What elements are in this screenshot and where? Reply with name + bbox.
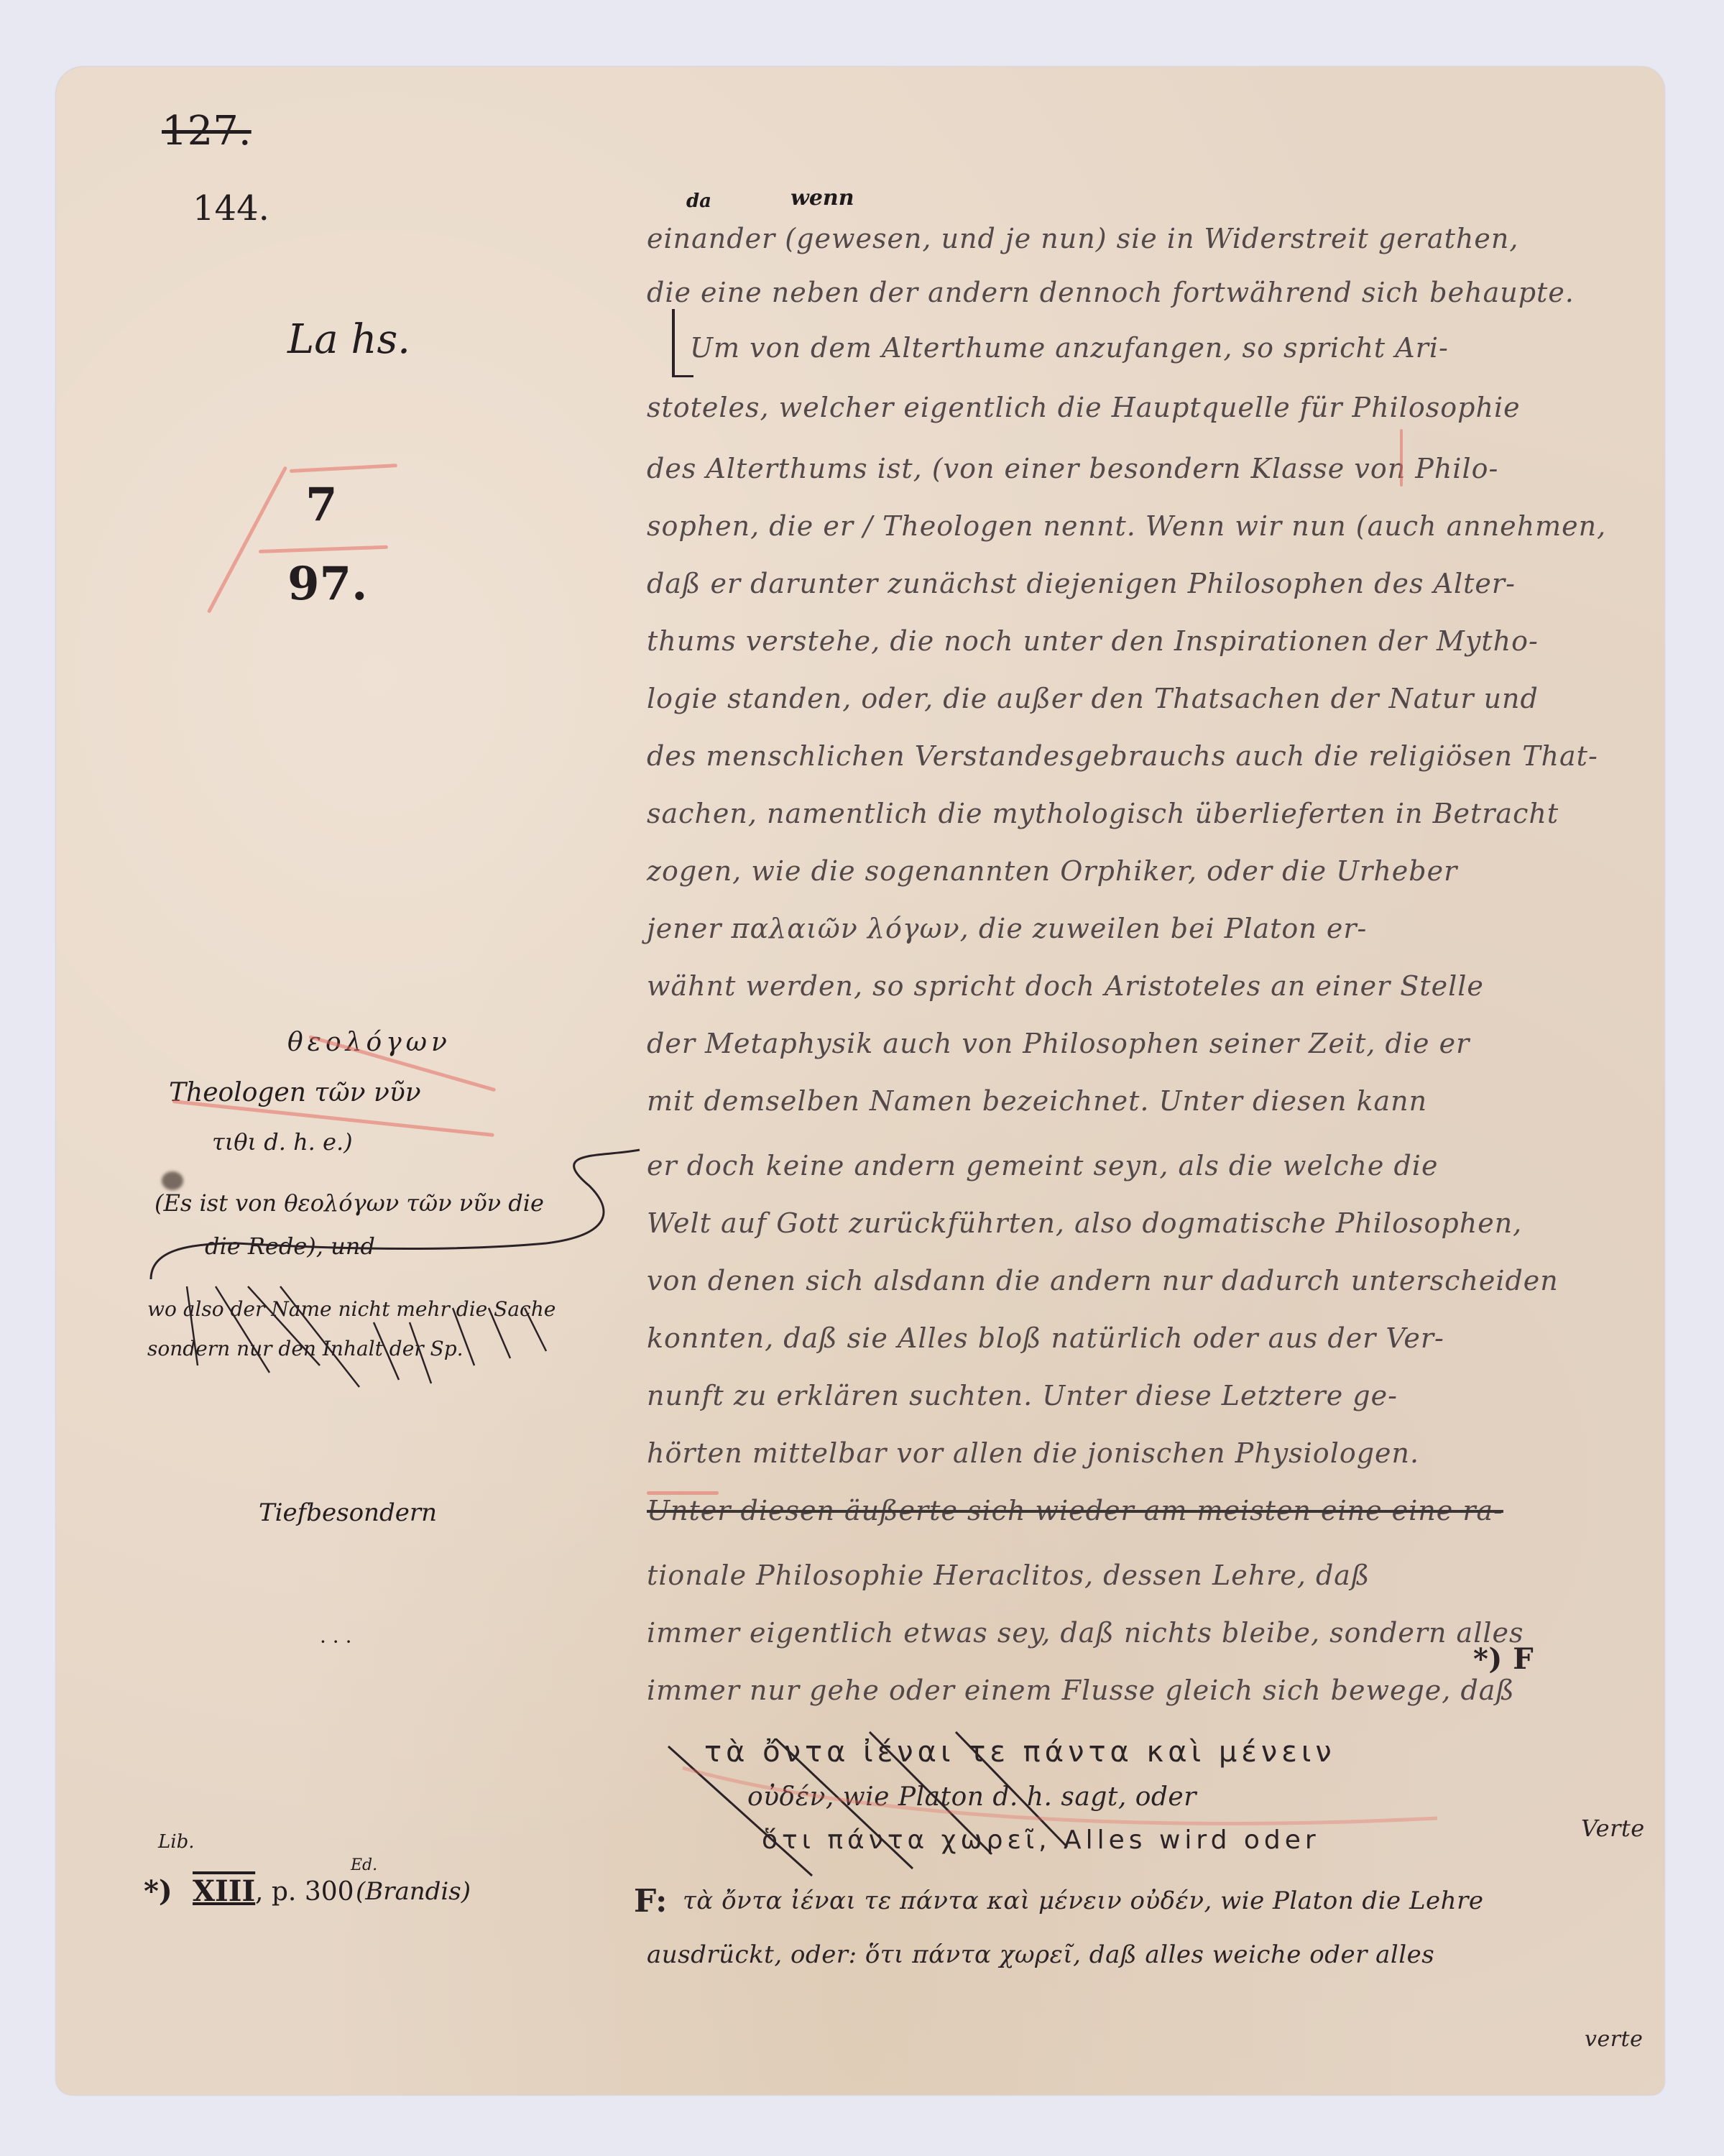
text-line: von denen sich alsdann die andern nur da… (647, 1265, 1559, 1296)
footnote-F-label: F: (634, 1883, 668, 1920)
text-line: zogen, wie die sogenannten Orphiker, ode… (647, 855, 1457, 887)
footnote-F-line: τὰ ὄντα ἰέναι τε πάντα καὶ μένειν οὐδέν,… (683, 1886, 1483, 1915)
text-line: immer nur gehe oder einem Flusse gleich … (647, 1674, 1515, 1706)
text-line: einander (gewesen, und je nun) sie in Wi… (647, 223, 1518, 254)
text-line: konnten, daß sie Alles bloß natürlich od… (647, 1322, 1444, 1354)
text-line: er doch keine andern gemeint seyn, als d… (647, 1150, 1438, 1181)
text-line-deleted: Unter diesen äußerte sich wieder am meis… (647, 1495, 1503, 1526)
text-line: nunft zu erklären suchten. Unter diese L… (647, 1380, 1398, 1411)
archive-number-mark: 7 97. (208, 453, 424, 618)
footnote-page: , p. 300 (255, 1877, 354, 1907)
text-line: thums verstehe, die noch unter den Inspi… (647, 625, 1539, 657)
text-line: daß er darunter zunächst diejenigen Phil… (647, 568, 1516, 599)
footnote-lib: Lib. (158, 1831, 195, 1853)
text-line: sophen, die er / Theologen nennt. Wenn w… (647, 510, 1606, 542)
text-line: der Metaphysik auch von Philosophen sein… (647, 1028, 1470, 1059)
text-line: sachen, namentlich die mythologisch über… (647, 798, 1559, 829)
verte-note: verte (1585, 2027, 1643, 2052)
paragraph-mark (672, 309, 675, 377)
text-line: des Alterthums ist, (von einer besondern… (647, 453, 1498, 484)
greek-block-cross-out (647, 1725, 1653, 1890)
footnote-marker: *) (144, 1874, 172, 1908)
cross-out-strokes (144, 1279, 575, 1409)
section-mark: La hs. (287, 316, 410, 363)
text-line: Um von dem Alterthume anzufangen, so spr… (690, 332, 1449, 364)
footnote-book-number: XIII (193, 1874, 255, 1908)
text-line: jener παλαιῶν λόγων, die zuweilen bei Pl… (647, 913, 1367, 944)
text-line: immer eigentlich etwas sey, daß nichts b… (647, 1617, 1524, 1649)
text-line: Welt auf Gott zurückführten, also dogmat… (647, 1207, 1522, 1239)
text-line: die eine neben der andern dennoch fortwä… (647, 277, 1575, 308)
red-underline (647, 1491, 719, 1495)
paragraph-mark (672, 375, 693, 377)
margin-note-tiefbesondern: Tiefbesondern (259, 1498, 437, 1527)
text-line: des menschlichen Verstandesgebrauchs auc… (647, 740, 1598, 772)
footnote-F-line: ausdrückt, oder: ὅτι πάντα χωρεῖ, daß al… (647, 1940, 1434, 1969)
insert-marker-F: *) F (1473, 1642, 1534, 1676)
insertion-da: da (686, 190, 711, 212)
footnote-ed: Ed. (351, 1856, 377, 1874)
folio-number-new: 144. (193, 188, 269, 229)
footnote-editor: (Brandis) (356, 1877, 471, 1906)
margin-dots: · · · (320, 1630, 352, 1654)
insertion-wenn: wenn (790, 185, 854, 211)
text-line: mit demselben Namen bezeichnet. Unter di… (647, 1085, 1427, 1117)
text-line: wähnt werden, so spricht doch Aristotele… (647, 970, 1484, 1002)
text-line: logie standen, oder, die außer den Thats… (647, 683, 1539, 714)
text-line: hörten mittelbar vor allen die jonischen… (647, 1437, 1419, 1469)
text-line: stoteles, welcher eigentlich die Hauptqu… (647, 392, 1521, 423)
red-insert-mark (1400, 429, 1403, 487)
folio-number-old: 127. (162, 108, 252, 155)
text-line: tionale Philosophie Heraclitos, dessen L… (647, 1560, 1370, 1591)
